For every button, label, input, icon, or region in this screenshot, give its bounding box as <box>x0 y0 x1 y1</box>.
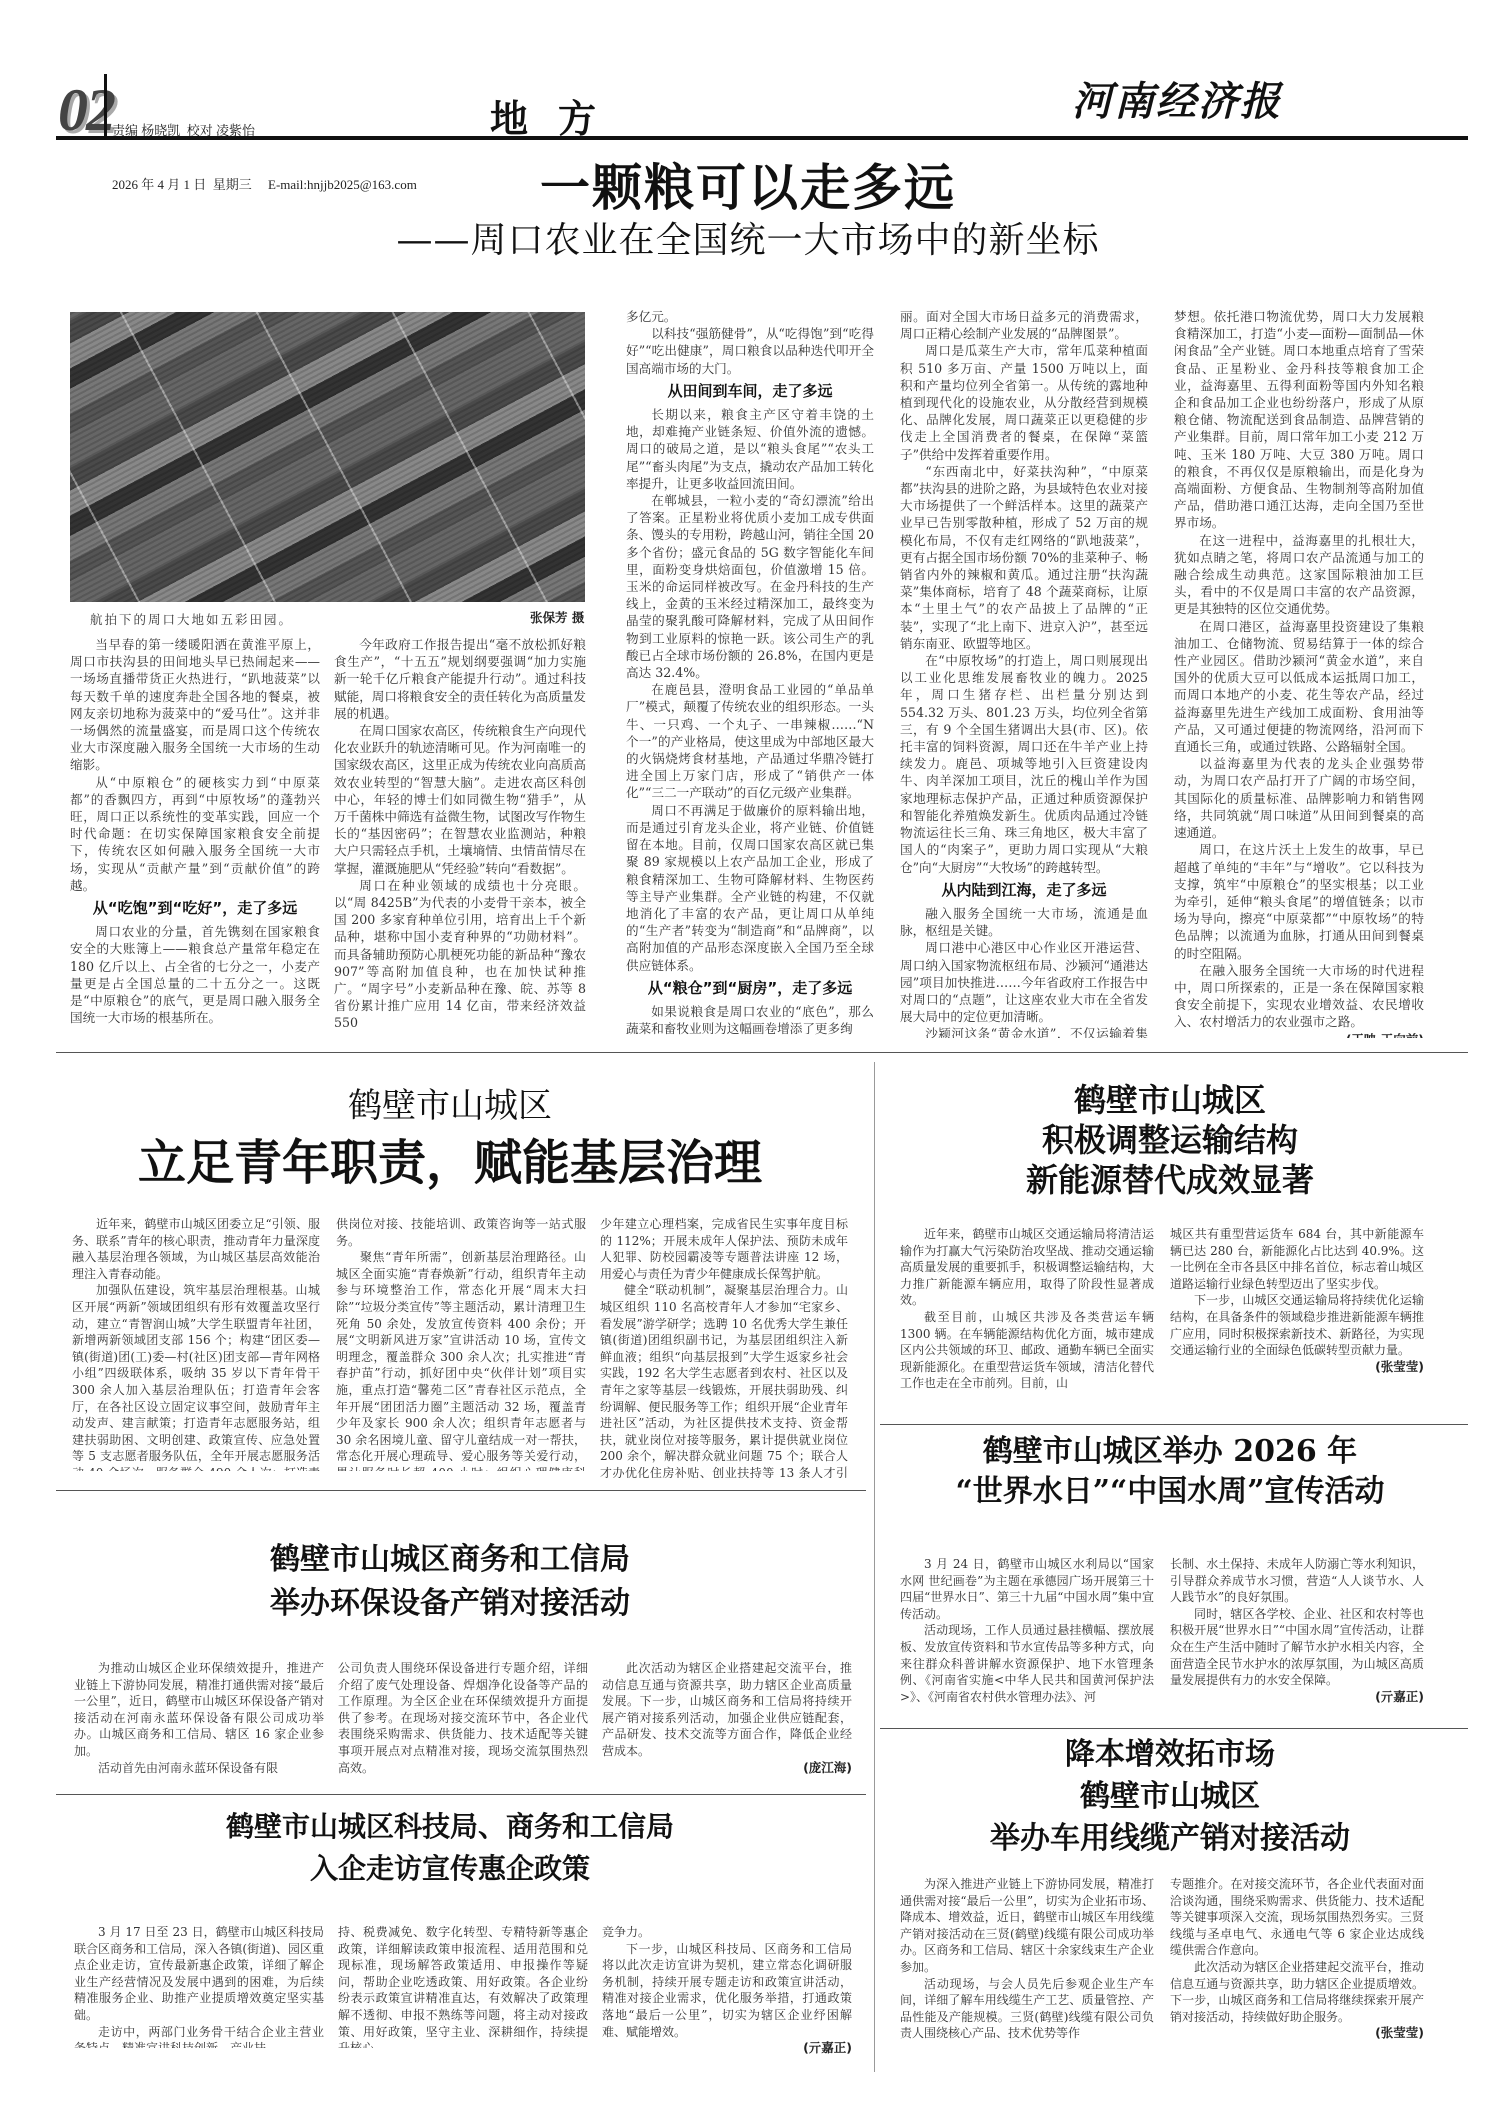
section-divider <box>880 1424 1468 1425</box>
paragraph: 近年来，鹤壁市山城区团委立足“引领、服务、联系”青年的核心职责，推动青年力量深度… <box>72 1216 320 1282</box>
paragraph: 城区共有重型营运货车 684 台，其中新能源车辆已达 280 台，新能源化占比达… <box>1170 1226 1424 1292</box>
paragraph: 持、税费减免、数字化转型、专精特新等惠企政策，详细解读政策申报流程、适用范围和兑… <box>338 1924 588 2048</box>
transport-column-2: 城区共有重型营运货车 684 台，其中新能源车辆已达 280 台，新能源化占比达… <box>1170 1226 1424 1416</box>
water-column-2: 长制、水土保持、未成年人防溺亡等水利知识，引导群众养成节水习惯，营造“人人谈节水… <box>1170 1556 1424 1714</box>
paragraph: 供岗位对接、技能培训、政策咨询等一站式服务。 <box>336 1216 586 1249</box>
byline: (张莹莹) <box>1170 1359 1424 1376</box>
paragraph: 公司负责人围绕环保设备进行专题介绍，详细介绍了废气处理设备、焊烟净化设备等产品的… <box>338 1660 588 1776</box>
cable-column-2: 专题推介。在对接交流环节，各企业代表面对面洽谈沟通，围绕采购需求、供货能力、技术… <box>1170 1876 1424 2076</box>
masthead-rule <box>56 136 1468 140</box>
paragraph: 3 月 24 日，鹤壁市山城区水利局以“国家水网 世纪画卷”为主题在承德园广场开… <box>900 1556 1154 1622</box>
tech-column-3: 竞争力。 下一步，山城区科技局、区商务和工信局将以此次走访宣讲为契机，建立常态化… <box>602 1924 852 2058</box>
byline: (王映 王向前) <box>1174 1031 1424 1038</box>
byline: (庞江海) <box>602 1760 852 1777</box>
tech-title-line-1: 鹤壁市山城区科技局、商务和工信局 <box>70 1806 830 1848</box>
paragraph: 周口不再满足于做廉价的原料输出地，而是通过引育龙头企业，将产业链、价值链留在本地… <box>626 802 874 974</box>
paragraph: 3 月 17 日至 23 日，鹤壁市山城区科技局联合区商务和工信局，深入各镇(街… <box>74 1924 324 2024</box>
lead-column-5: 梦想。依托港口物流优势，周口大力发展粮食精深加工，打造“小麦—面粉—面制品—休闲… <box>1174 308 1424 1038</box>
paragraph: 多亿元。 <box>626 308 874 325</box>
paragraph: 周口农业的分量，首先镌刻在国家粮食安全的大账簿上——粮食总产量常年稳定在 180… <box>70 923 320 1026</box>
paragraph: 此次活动为辖区企业搭建起交流平台，推动信息互通与资源共享，助力辖区企业提质增效。… <box>1170 1959 1424 2025</box>
paragraph: 为推动山城区企业环保绩效提升，推进产业链上下游协同发展，精准打通供需对接“最后一… <box>74 1660 324 1760</box>
byline: (亓嘉正) <box>602 2040 852 2057</box>
tech-column-2: 持、税费减免、数字化转型、专精特新等惠企政策，详细解读政策申报流程、适用范围和兑… <box>338 1924 588 2048</box>
lead-headline: 一颗粮可以走多远 <box>0 148 1496 220</box>
paragraph: 此次活动为辖区企业搭建起交流平台，推动信息互通与资源共享，助力辖区企业高质量发展… <box>602 1660 852 1760</box>
tech-headline: 鹤壁市山城区科技局、商务和工信局 入企走访宣传惠企政策 <box>70 1806 830 1890</box>
column-divider <box>874 1062 875 2072</box>
youth-headline: 立足青年职责，赋能基层治理 <box>70 1124 830 1193</box>
water-headline: 鹤壁市山城区举办 2026 年 “世界水日”“中国水周”宣传活动 <box>870 1432 1470 1512</box>
section-divider <box>56 1794 866 1795</box>
youth-column-1: 近年来，鹤壁市山城区团委立足“引领、服务、联系”青年的核心职责，推动青年力量深度… <box>72 1216 320 1471</box>
water-title-line-2: “世界水日”“中国水周”宣传活动 <box>870 1472 1470 1512</box>
paragraph: 活动首先由河南永蓝环保设备有限 <box>74 1760 324 1777</box>
paragraph: 近年来，鹤壁市山城区交通运输局将清洁运输作为打赢大气污染防治攻坚战、推动交通运输… <box>900 1226 1154 1309</box>
lead-column-2: 今年政府工作报告提出“毫不放松抓好粮食生产”，“十五五”规划纲要强调“加力实施新… <box>334 636 586 1036</box>
transport-column-1: 近年来，鹤壁市山城区交通运输局将清洁运输作为打赢大气污染防治攻坚战、推动交通运输… <box>900 1226 1154 1416</box>
paragraph: 为深入推进产业链上下游协同发展，精准打通供需对接“最后一公里”，切实为企业拓市场… <box>900 1876 1154 1976</box>
cable-title-line-2: 鹤壁市山城区 <box>870 1776 1470 1818</box>
paragraph: 周口在种业领域的成绩也十分亮眼。以“周 8425B”为代表的小麦骨干亲本，被全国… <box>334 877 586 1032</box>
paragraph: 融入服务全国统一大市场，流通是血脉，枢纽是关键。 <box>900 905 1148 939</box>
paragraph: 活动现场，与会人员先后参观企业生产车间，详细了解车用线缆生产工艺、质量管控、产品… <box>900 1976 1154 2042</box>
section-divider <box>56 1052 1468 1053</box>
paragraph: 在郸城县，一粒小麦的“奇幻漂流”给出了答案。正星粉业将优质小麦加工成专供面条、馒… <box>626 492 874 681</box>
paragraph: 活动现场，工作人员通过悬挂横幅、摆放展板、发放宣传资料和节水宣传品等多种方式，向… <box>900 1622 1154 1705</box>
paragraph: 加强队伍建设，筑牢基层治理根基。山城区开展“两新”领域团组织有形有效覆盖攻坚行动… <box>72 1282 320 1471</box>
paragraph: 如果说粮食是周口农业的“底色”，那么蔬菜和畜牧业则为这幅画卷增添了更多绚 <box>626 1003 874 1037</box>
cable-title-line-1: 降本增效拓市场 <box>870 1734 1470 1776</box>
section-subhead: 从“吃饱”到“吃好”，走了多远 <box>70 900 320 917</box>
section-title: 地方 <box>490 88 626 143</box>
masthead-divider <box>104 74 107 136</box>
paragraph: 少年建立心理档案，完成省民生实事年度目标的 112%；开展未成年人保护法、预防未… <box>600 1216 848 1282</box>
paragraph: 周口，在这片沃土上发生的故事，早已超越了单纯的“丰年”与“增收”。它以科技为支撑… <box>1174 841 1424 961</box>
transport-kicker: 鹤壁市山城区 <box>870 1080 1470 1120</box>
youth-column-2: 供岗位对接、技能培训、政策咨询等一站式服务。 聚焦“青年所需”，创新基层治理路径… <box>336 1216 586 1471</box>
paragraph: 周口港中心港区中心作业区开港运营、周口纳入国家物流枢纽布局、沙颍河“通港达园”项… <box>900 939 1148 1025</box>
cable-headline: 降本增效拓市场 鹤壁市山城区 举办车用线缆产销对接活动 <box>870 1734 1470 1860</box>
paragraph: 健全“联动机制”，凝聚基层治理合力。山城区组织 110 名高校青年人才参加“宅家… <box>600 1282 848 1478</box>
paragraph: 走访中，两部门业务骨干结合企业主营业务特点，精准宣讲科技创新、产业扶 <box>74 2024 324 2048</box>
env-title-line-1: 鹤壁市山城区商务和工信局 <box>70 1538 830 1582</box>
paragraph: 下一步，山城区科技局、区商务和工信局将以此次走访宣讲为契机，建立常态化调研服务机… <box>602 1941 852 2041</box>
paragraph: 在周口港区，益海嘉里投资建设了集粮油加工、仓储物流、贸易结算于一体的综合性产业园… <box>1174 618 1424 756</box>
paragraph: 竞争力。 <box>602 1924 852 1941</box>
byline: (亓嘉正) <box>1170 1689 1424 1706</box>
tech-title-line-2: 入企走访宣传惠企政策 <box>70 1848 830 1890</box>
paragraph: “东西南北中，好菜扶沟种”，“中原菜都”扶沟县的进阶之路，为县域特色农业对接大市… <box>900 463 1148 652</box>
paper-logo: 河南经济报 <box>1072 70 1282 127</box>
env-column-3: 此次活动为辖区企业搭建起交流平台，推动信息互通与资源共享，助力辖区企业高质量发展… <box>602 1660 852 1786</box>
paragraph: 以益海嘉里为代表的龙头企业强势带动，为周口农产品打开了广阔的市场空间，其国际化的… <box>1174 755 1424 841</box>
lead-column-3: 多亿元。 以科技“强筋健骨”，从“吃得饱”到“吃得好”“吃出健康”，周口粮食以品… <box>626 308 874 1038</box>
section-subhead: 从“粮仓”到“厨房”，走了多远 <box>626 980 874 997</box>
env-column-2: 公司负责人围绕环保设备进行专题介绍，详细介绍了废气处理设备、焊烟净化设备等产品的… <box>338 1660 588 1780</box>
paragraph: 在融入服务全国统一大市场的时代进程中，周口所探索的，正是一条在保障国家粮食安全前… <box>1174 962 1424 1031</box>
paragraph: 聚焦“青年所需”，创新基层治理路径。山城区全面实施“青春焕新”行动，组织青年主动… <box>336 1249 586 1471</box>
aerial-farmland-photo <box>70 312 585 602</box>
section-divider <box>56 1490 866 1491</box>
section-subhead: 从内陆到江海，走了多远 <box>900 882 1148 899</box>
paragraph: 丽。面对全国大市场日益多元的消费需求，周口正精心绘制产业发展的“品牌图景”。 <box>900 308 1148 342</box>
paragraph: 专题推介。在对接交流环节，各企业代表面对面洽谈沟通，围绕采购需求、供货能力、技术… <box>1170 1876 1424 1959</box>
paragraph: 以科技“强筋健骨”，从“吃得饱”到“吃得好”“吃出健康”，周口粮食以品种迭代叩开… <box>626 325 874 377</box>
lead-column-4: 丽。面对全国大市场日益多元的消费需求，周口正精心绘制产业发展的“品牌图景”。 周… <box>900 308 1148 1038</box>
paragraph: 在周口国家农高区，传统粮食生产向现代化农业跃升的轨迹清晰可见。作为河南唯一的国家… <box>334 722 586 877</box>
tech-column-1: 3 月 17 日至 23 日，鹤壁市山城区科技局联合区商务和工信局，深入各镇(街… <box>74 1924 324 2048</box>
transport-title-line-2: 新能源替代成效显著 <box>870 1160 1470 1200</box>
paragraph: 今年政府工作报告提出“毫不放松抓好粮食生产”，“十五五”规划纲要强调“加力实施新… <box>334 636 586 722</box>
cable-column-1: 为深入推进产业链上下游协同发展，精准打通供需对接“最后一公里”，切实为企业拓市场… <box>900 1876 1154 2076</box>
paragraph: 沙颍河这条“黄金水道”，不仅运输着集装箱与大宗商品，更承载着粮食产业的升级 <box>900 1025 1148 1038</box>
lead-column-1: 当早春的第一缕暖阳洒在黄淮平原上，周口市扶沟县的田间地头早已热闹起来——一场场直… <box>70 636 320 1036</box>
paragraph: 当早春的第一缕暖阳洒在黄淮平原上，周口市扶沟县的田间地头早已热闹起来——一场场直… <box>70 636 320 774</box>
paragraph: 长期以来，粮食主产区守着丰饶的土地，却难掩产业链条短、价值外流的遗憾。周口的破局… <box>626 406 874 492</box>
youth-kicker: 鹤壁市山城区 <box>70 1078 830 1127</box>
env-column-1: 为推动山城区企业环保绩效提升，推进产业链上下游协同发展，精准打通供需对接“最后一… <box>74 1660 324 1780</box>
photo-caption: 航拍下的周口大地如五彩田园。 <box>90 610 293 628</box>
paragraph: 长制、水土保持、未成年人防溺亡等水利知识，引导群众养成节水习惯，营造“人人谈节水… <box>1170 1556 1424 1606</box>
water-title-line-1: 鹤壁市山城区举办 2026 年 <box>870 1432 1470 1472</box>
paragraph: 同时，辖区各学校、企业、社区和农村等也积极开展“世界水日”“中国水周”宣传活动，… <box>1170 1606 1424 1689</box>
paragraph: 从“中原粮仓”的硬核实力到“中原菜都”的香飘四方，再到“中原牧场”的蓬勃兴旺，周… <box>70 774 320 894</box>
transport-title-line-1: 积极调整运输结构 <box>870 1120 1470 1160</box>
transport-headline: 鹤壁市山城区 积极调整运输结构 新能源替代成效显著 <box>870 1080 1470 1200</box>
section-subhead: 从田间到车间，走了多远 <box>626 383 874 400</box>
env-headline: 鹤壁市山城区商务和工信局 举办环保设备产销对接活动 <box>70 1538 830 1626</box>
paragraph: 截至目前，山城区共涉及各类营运车辆 1300 辆。在车辆能源结构优化方面，城市建… <box>900 1309 1154 1392</box>
paragraph: 梦想。依托港口物流优势，周口大力发展粮食精深加工，打造“小麦—面粉—面制品—休闲… <box>1174 308 1424 532</box>
photo-credit: 张保芳 摄 <box>530 608 584 626</box>
lead-subheadline: ——周口农业在全国统一大市场中的新坐标 <box>0 212 1496 263</box>
youth-column-3: 少年建立心理档案，完成省民生实事年度目标的 112%；开展未成年人保护法、预防未… <box>600 1216 848 1478</box>
paragraph: 在鹿邑县，澄明食品工业园的“单品单厂”模式，颠覆了传统农业的组织形态。一头牛、一… <box>626 681 874 801</box>
paragraph: 下一步，山城区交通运输局将持续优化运输结构，在具备条件的领域稳步推进新能源车辆推… <box>1170 1292 1424 1358</box>
env-title-line-2: 举办环保设备产销对接活动 <box>70 1582 830 1626</box>
cable-title-line-3: 举办车用线缆产销对接活动 <box>870 1818 1470 1860</box>
water-column-1: 3 月 24 日，鹤壁市山城区水利局以“国家水网 世纪画卷”为主题在承德园广场开… <box>900 1556 1154 1714</box>
section-divider <box>880 1728 1468 1729</box>
paragraph: 在这一进程中，益海嘉里的扎根壮大，犹如点睛之笔，将周口农产品流通与加工的融合绘成… <box>1174 532 1424 618</box>
paragraph: 在“中原牧场”的打造上，周口则展现出以工业化思维发展畜牧业的魄力。2025 年，… <box>900 652 1148 876</box>
byline: (张莹莹) <box>1170 2025 1424 2042</box>
paragraph: 周口是瓜菜生产大市，常年瓜菜种植面积 510 多万亩、产量 1500 万吨以上，… <box>900 342 1148 462</box>
